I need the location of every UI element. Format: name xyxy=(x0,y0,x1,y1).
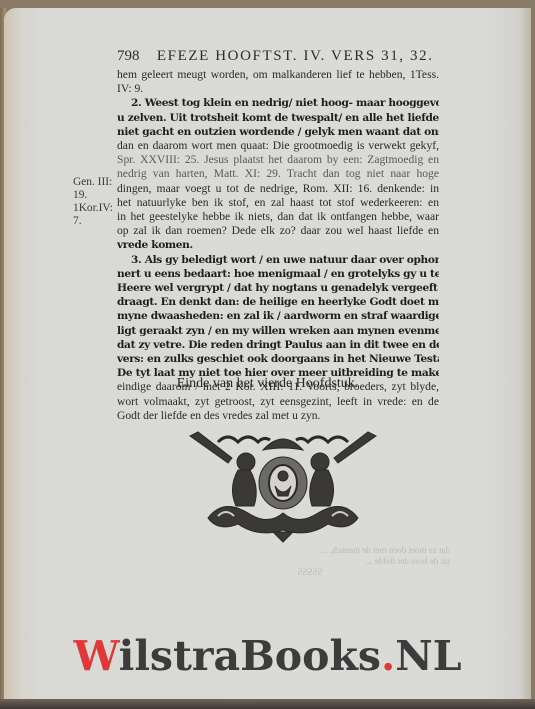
text-line: IV: 9. xyxy=(117,82,439,96)
margin-note: 19. xyxy=(73,189,117,202)
margin-note: Gen. III: xyxy=(73,176,117,189)
watermark-name: ilstraBooks xyxy=(119,632,381,680)
text-line: in het geestelyke hebbe ik niets, dan da… xyxy=(117,210,439,224)
text-line: nert u eens bedaart: hoe menigmaal / en … xyxy=(117,267,439,281)
watermark-logo: WilstraBooks.NL xyxy=(0,632,535,680)
text-line: het natuurlyke ben ik stof, en zal haast… xyxy=(117,196,439,210)
text-line: niet gacht en outzien wordende / gelyk m… xyxy=(117,125,439,139)
text-line: u zelven. Uit trotsheit komt de twespalt… xyxy=(117,111,439,125)
margin-references: Gen. III: 19. 1Kor.IV: 7. xyxy=(73,176,117,228)
text-line: vers: en zulks geschiet ook doorgaans in… xyxy=(117,352,439,366)
margin-note: 7. xyxy=(73,215,117,228)
text-line: Spr. XXVIII: 25. Jesus plaatst het daaro… xyxy=(117,153,439,167)
text-line: vrede komen. xyxy=(117,238,439,252)
text-line: Heere wel vergrypt / dat hy nogtans u ge… xyxy=(117,281,439,295)
text-line: ligt geraakt zyn / en my willen wreken a… xyxy=(117,324,439,338)
text-line: nedrig van harten, Matt. XI: 29. Tracht … xyxy=(117,167,439,181)
show-through-text: dat ze moet doen met de mensch, ... uit … xyxy=(170,545,450,605)
body-text: hem geleert meugt worden, om malkanderen… xyxy=(117,68,439,423)
text-line: op zal ik dan roemen? Dede elk zo? daar … xyxy=(117,224,439,238)
running-header: 798 EFEZE HOOFTST. IV. VERS 31, 32. xyxy=(117,48,437,65)
text-line: myne dwaasheden: en zal ik / aardworm en… xyxy=(117,309,439,323)
page-number: 798 xyxy=(117,48,140,64)
text-line: Godt der liefde en des vredes zal met u … xyxy=(117,409,439,423)
running-title: EFEZE HOOFTST. IV. VERS 31, 32. xyxy=(157,48,434,64)
text-line: draagt. En denkt dan: de heilige en heer… xyxy=(117,295,439,309)
printers-ornament-icon xyxy=(188,428,378,543)
watermark-initial: W xyxy=(73,632,118,680)
margin-note: 1Kor.IV: xyxy=(73,202,117,215)
text-line: dingen, maar voegt u tot de nedrige, Rom… xyxy=(117,182,439,196)
text-line: wort volmaakt, zyt getroost, zyt eensgez… xyxy=(117,395,439,409)
background-surface xyxy=(0,699,535,709)
chapter-end-heading: Einde van het vierde Hoofdstuk. xyxy=(0,376,535,392)
text-line: 3. Als gy beledigt wort / en uwe natuur … xyxy=(117,253,439,267)
watermark-tld: NL xyxy=(395,632,461,680)
text-line: dat zy vetre. Die reden dringt Paulus aa… xyxy=(117,338,439,352)
watermark-dot: . xyxy=(381,632,395,680)
text-line: dan en daarom wort men quaat: Die grootm… xyxy=(117,139,439,153)
text-line: 2. Weest tog klein en nedrig/ niet hoog-… xyxy=(117,96,439,110)
text-line: hem geleert meugt worden, om malkanderen… xyxy=(117,68,439,82)
